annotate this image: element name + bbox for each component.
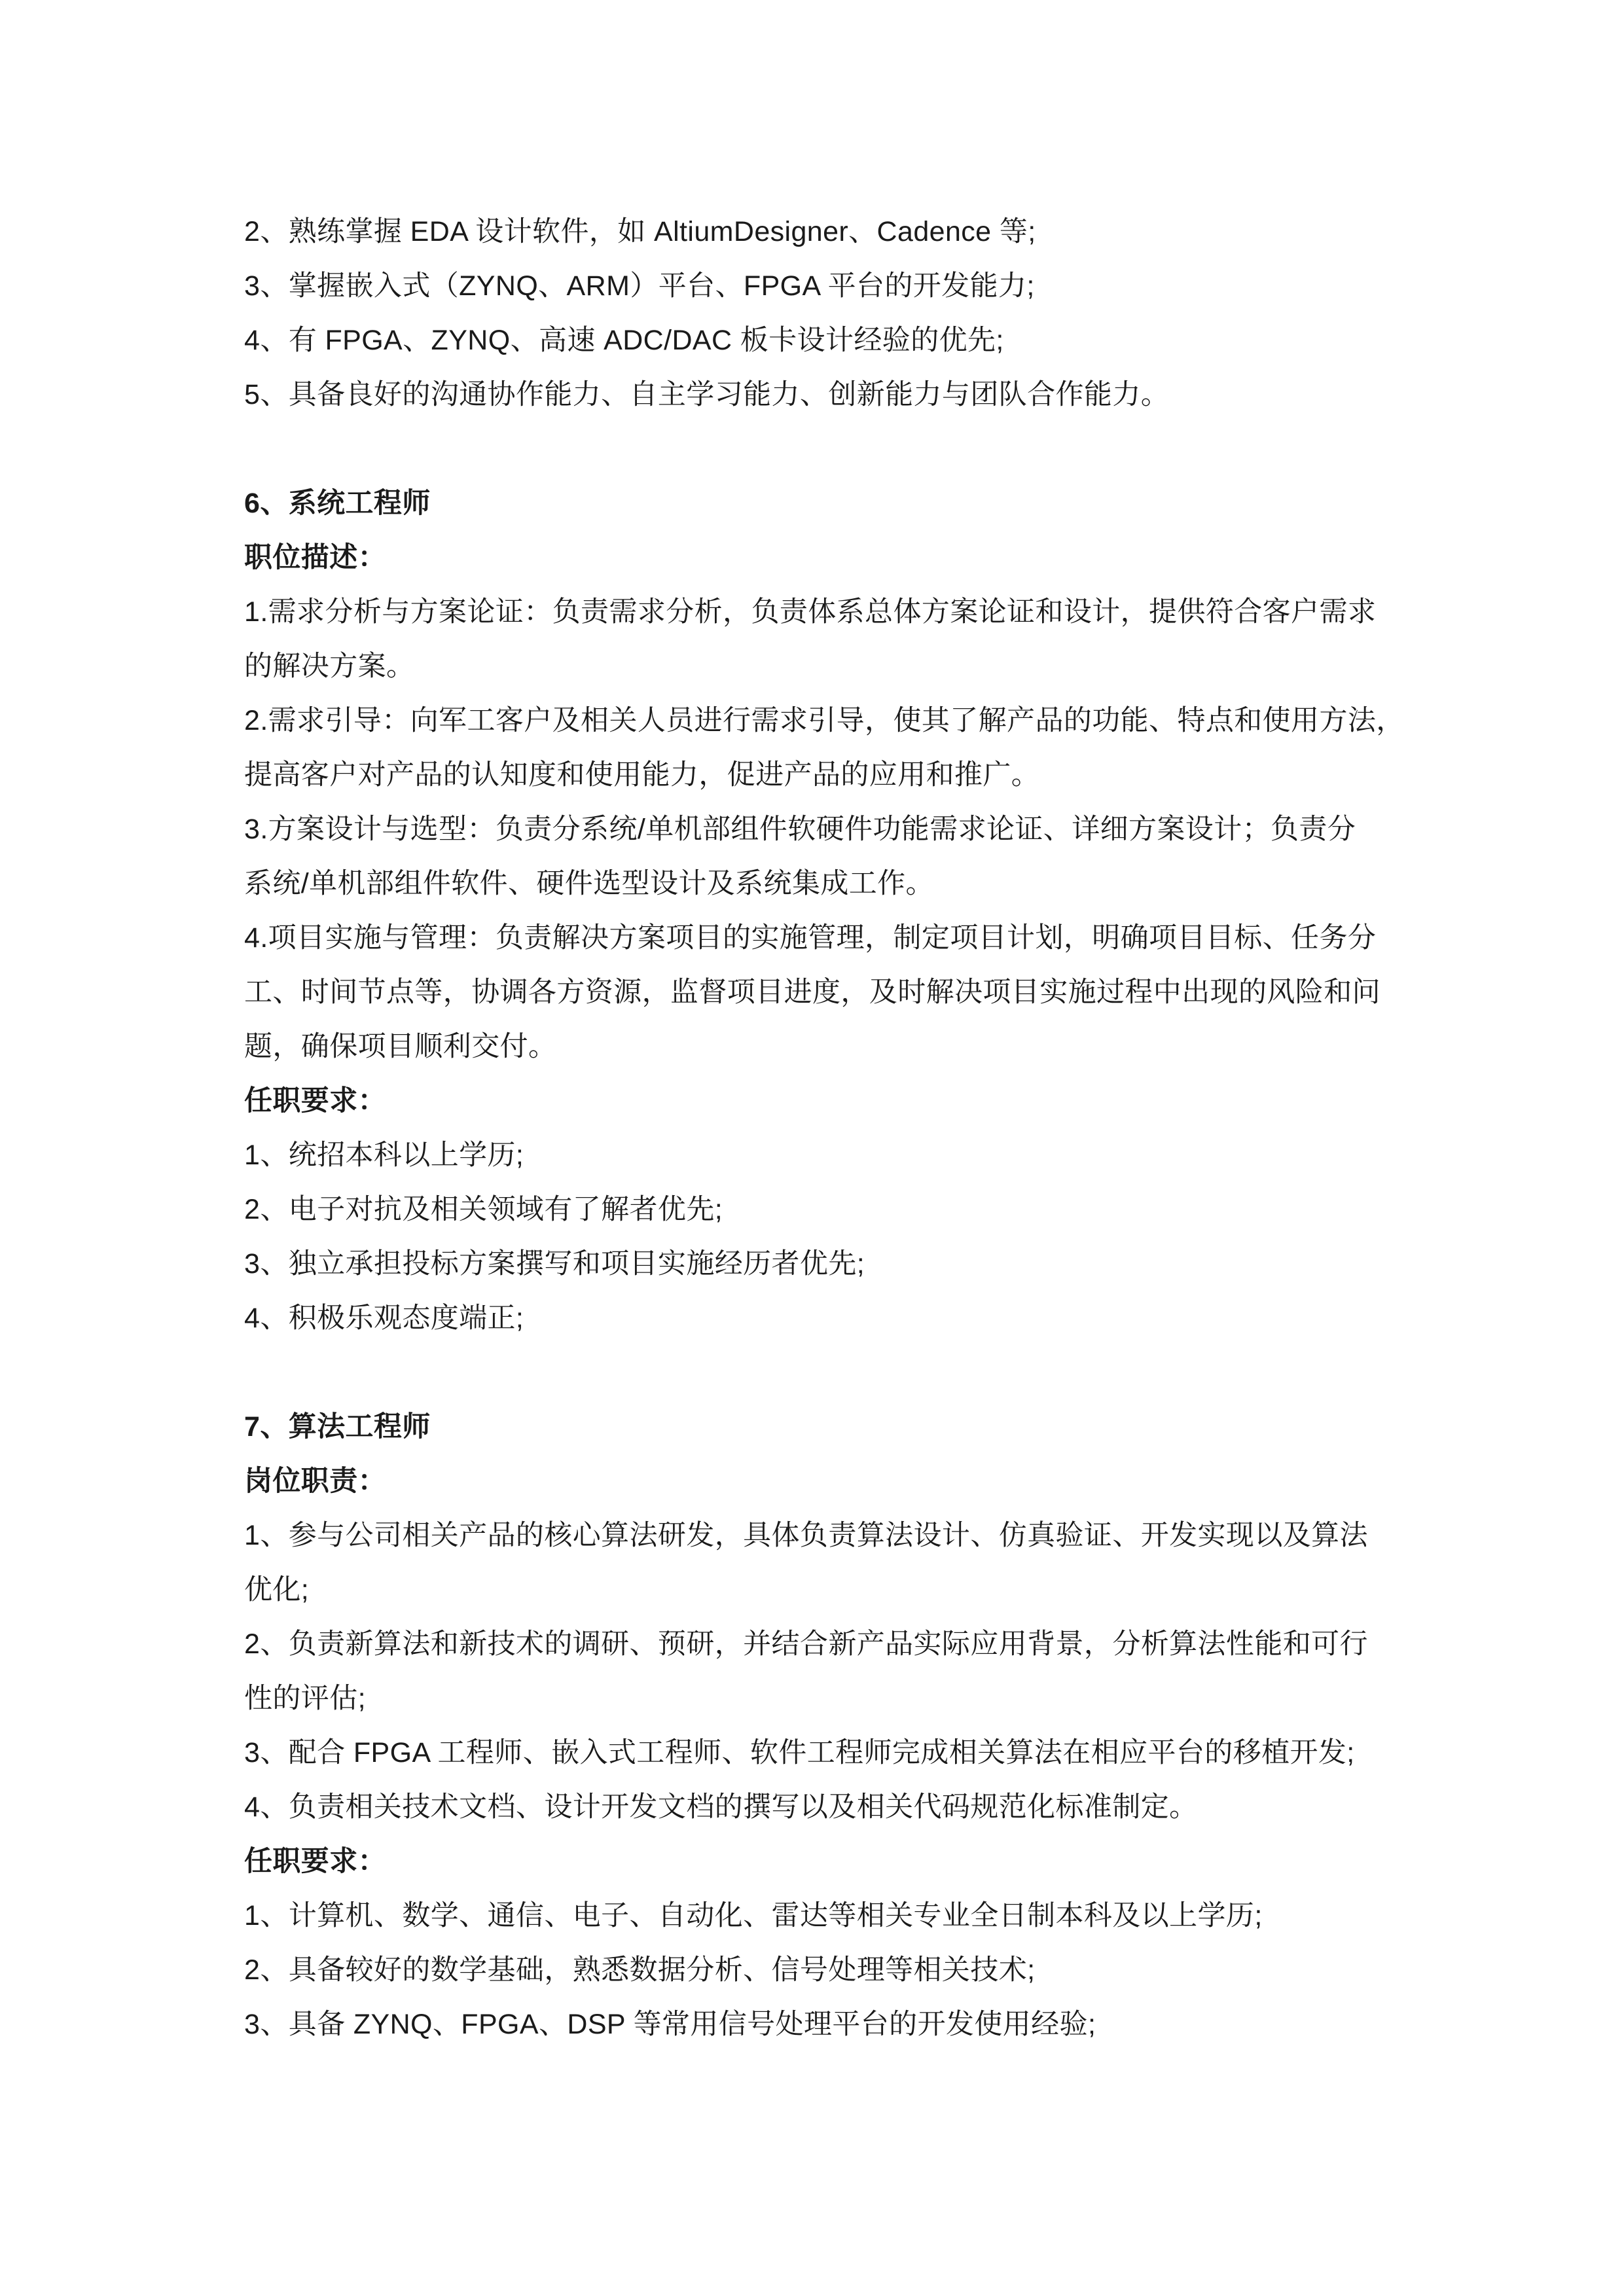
list-item: 2、熟练掌握 EDA 设计软件，如 AltiumDesigner、Cadence… (244, 205, 1383, 259)
paragraph-line: 题，确保项目顺利交付。 (244, 1020, 1383, 1074)
paragraph-line: 1.需求分析与方案论证：负责需求分析，负责体系总体方案论证和设计，提供符合客户需… (244, 585, 1383, 639)
document-page: 2、熟练掌握 EDA 设计软件，如 AltiumDesigner、Cadence… (0, 0, 1624, 2296)
blank-line (244, 422, 1383, 476)
paragraph-line: 的解决方案。 (244, 639, 1383, 694)
list-item: 5、具备良好的沟通协作能力、自主学习能力、创新能力与团队合作能力。 (244, 368, 1383, 422)
list-item: 4、有 FPGA、ZYNQ、高速 ADC/DAC 板卡设计经验的优先; (244, 314, 1383, 368)
paragraph-line: 3.方案设计与选型：负责分系统/单机部组件软硬件功能需求论证、详细方案设计；负责… (244, 802, 1383, 857)
list-item-continuation: 性的评估; (244, 1672, 1383, 1726)
document-body: 2、熟练掌握 EDA 设计软件，如 AltiumDesigner、Cadence… (244, 205, 1383, 2052)
list-item: 1、参与公司相关产品的核心算法研发，具体负责算法设计、仿真验证、开发实现以及算法 (244, 1509, 1383, 1563)
list-item: 2、负责新算法和新技术的调研、预研，并结合新产品实际应用背景，分析算法性能和可行 (244, 1617, 1383, 1672)
duties-heading: 岗位职责： (244, 1454, 1383, 1509)
list-item: 2、具备较好的数学基础，熟悉数据分析、信号处理等相关技术; (244, 1943, 1383, 1998)
paragraph-line: 4.项目实施与管理：负责解决方案项目的实施管理，制定项目计划，明确项目目标、任务… (244, 911, 1383, 965)
list-item: 1、计算机、数学、通信、电子、自动化、雷达等相关专业全日制本科及以上学历; (244, 1889, 1383, 1943)
blank-line (244, 1346, 1383, 1400)
section-heading-systems-engineer: 6、系统工程师 (244, 476, 1383, 531)
job-description-heading: 职位描述： (244, 531, 1383, 585)
list-item: 3、独立承担投标方案撰写和项目实施经历者优先; (244, 1237, 1383, 1291)
list-item: 2、电子对抗及相关领域有了解者优先; (244, 1183, 1383, 1237)
list-item: 1、统招本科以上学历; (244, 1128, 1383, 1183)
list-item: 3、具备 ZYNQ、FPGA、DSP 等常用信号处理平台的开发使用经验; (244, 1998, 1383, 2052)
paragraph-line: 工、时间节点等，协调各方资源，监督项目进度，及时解决项目实施过程中出现的风险和问 (244, 965, 1383, 1020)
list-item: 4、负责相关技术文档、设计开发文档的撰写以及相关代码规范化标准制定。 (244, 1780, 1383, 1835)
paragraph-line: 提高客户对产品的认知度和使用能力，促进产品的应用和推广。 (244, 748, 1383, 802)
paragraph-line: 2.需求引导：向军工客户及相关人员进行需求引导，使其了解产品的功能、特点和使用方… (244, 694, 1383, 748)
list-item-continuation: 优化; (244, 1563, 1383, 1617)
section-heading-algorithm-engineer: 7、算法工程师 (244, 1400, 1383, 1454)
list-item: 3、掌握嵌入式（ZYNQ、ARM）平台、FPGA 平台的开发能力; (244, 259, 1383, 314)
requirements-heading: 任职要求： (244, 1074, 1383, 1128)
list-item: 4、积极乐观态度端正; (244, 1291, 1383, 1346)
list-item: 3、配合 FPGA 工程师、嵌入式工程师、软件工程师完成相关算法在相应平台的移植… (244, 1726, 1383, 1780)
paragraph-line: 系统/单机部组件软件、硬件选型设计及系统集成工作。 (244, 857, 1383, 911)
requirements-heading: 任职要求： (244, 1835, 1383, 1889)
